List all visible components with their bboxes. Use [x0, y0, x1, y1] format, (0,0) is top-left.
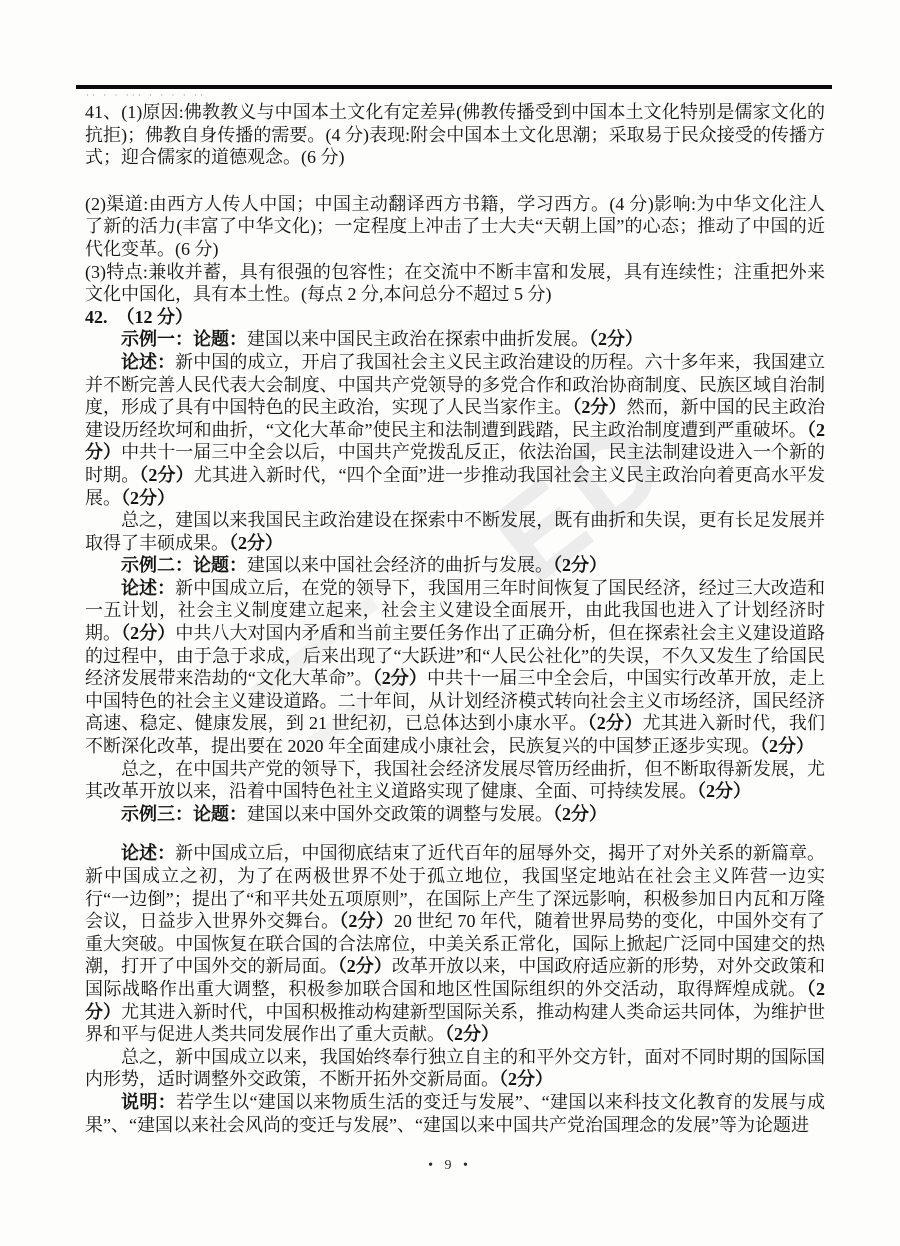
paragraph-q41-part3: (3)特点:兼收并蓄，具有很强的包容性；在交流中不断丰富和发展，具有连续性；注重… — [85, 261, 825, 306]
bold-text-run: （2分） — [588, 713, 643, 733]
paragraph-example3-summary: 总之，新中国成立以来，我国始终奉行独立自主的和平外交方针，面对不同时期的国际国内… — [85, 1046, 825, 1091]
bold-text-run: （2分） — [589, 329, 643, 349]
bold-text-run: （2分） — [553, 555, 607, 575]
text-run: 建国以来中国社会经济的曲折与发展。 — [247, 555, 553, 575]
paragraph-example2-summary: 总之，在中国共产党的领导下，我国社会经济发展尽管历经曲折，但不断取得新发展，尤其… — [85, 758, 825, 803]
bold-text-run: （2分） — [572, 397, 626, 417]
scan-artifact-dashes: ·· · · ··· · · · · ·· — [86, 90, 206, 100]
bold-text-run: 论述： — [121, 843, 175, 863]
bold-text-run: （2分） — [445, 1024, 499, 1044]
text-run: (3)特点:兼收并蓄，具有很强的包容性；在交流中不断丰富和发展，具有连续性；注重… — [85, 262, 825, 305]
paragraph-note: 说明：若学生以“建国以来物质生活的变迁与发展”、“建国以来科技文化教育的发展与成… — [85, 1091, 825, 1136]
bold-text-run: （2分） — [339, 911, 394, 931]
bold-text-run: 示例一：论题： — [121, 329, 247, 349]
text-run: (2)渠道:由西方人传人中国；中国主动翻译西方书籍，学习西方。(4 分)影响:为… — [85, 194, 825, 259]
text-run: 尤其进入新时代，“四个全面”进一步推动我国社会主义民主政治向着更高水平发展。 — [85, 465, 825, 508]
page-number: • 9 • — [0, 1158, 900, 1174]
bold-text-run: （2分） — [121, 488, 175, 508]
text-run: 建国以来中国外交政策的调整与发展。 — [247, 804, 553, 824]
paragraph-example1-topic: 示例一：论题：建国以来中国民主政治在探索中曲折发展。（2分） — [85, 328, 825, 351]
bold-text-run: （2分） — [121, 623, 175, 643]
bold-text-run: 42. （12 分） — [85, 307, 193, 327]
paragraph-q41-part2: (2)渠道:由西方人传人中国；中国主动翻译西方书籍，学习西方。(4 分)影响:为… — [85, 193, 825, 261]
bold-text-run: （2分） — [229, 533, 283, 553]
document-body: 41、(1)原因:佛教教义与中国本土文化有定差异(佛教传播受到中国本土文化特别是… — [85, 101, 825, 1136]
paragraph-example1-discussion: 论述：新中国的成立，开启了我国社会主义民主政治建设的历程。六十多年来，我国建立并… — [85, 351, 825, 509]
bold-text-run: 论述： — [121, 578, 175, 598]
paragraph-example2-topic: 示例二：论题：建国以来中国社会经济的曲折与发展。（2分） — [85, 554, 825, 577]
text-run: 若学生以“建国以来物质生活的变迁与发展”、“建国以来科技文化教育的发展与成果”、… — [85, 1092, 825, 1135]
bold-text-run: （2分） — [760, 736, 814, 756]
bold-text-run: 示例三：论题： — [121, 804, 247, 824]
paragraph-example2-discussion: 论述：新中国成立后，在党的领导下，我国用三年时间恢复了国民经济，经过三大改造和一… — [85, 577, 825, 758]
bold-text-run: （2分） — [697, 781, 751, 801]
paragraph-q41-part1: 41、(1)原因:佛教教义与中国本土文化有定差异(佛教传播受到中国本土文化特别是… — [85, 101, 825, 169]
bold-text-run: （2分） — [338, 956, 392, 976]
paragraph-example3-discussion: 论述：新中国成立后，中国彻底结束了近代百年的屈辱外交，揭开了对外关系的新篇章。新… — [85, 842, 825, 1045]
bold-text-run: 说明： — [121, 1092, 176, 1112]
bold-text-run: 论述： — [121, 352, 175, 372]
text-run: 总之，新中国成立以来，我国始终奉行独立自主的和平外交方针，面对不同时期的国际国内… — [85, 1047, 825, 1090]
text-run: 总之，建国以来我国民主政治建设在探索中不断发展，既有曲折和失误，更有长足发展并取… — [85, 510, 825, 553]
bold-text-run: （2分） — [139, 465, 193, 485]
bold-text-run: （2分） — [499, 1069, 553, 1089]
bold-text-run: （2分） — [553, 804, 607, 824]
paragraph-example3-topic: 示例三：论题：建国以来中国外交政策的调整与发展。（2分） — [85, 803, 825, 826]
text-run: 41、(1)原因:佛教教义与中国本土文化有定差异(佛教传播受到中国本土文化特别是… — [85, 102, 825, 167]
scanned-document-page: ·· · · ··· · · · · ·· ED 41、(1)原因:佛教教义与中… — [0, 0, 900, 1246]
paragraph-q42-heading: 42. （12 分） — [85, 306, 825, 329]
bold-text-run: （2分） — [373, 668, 427, 688]
top-horizontal-rule — [76, 85, 832, 89]
text-run: 建国以来中国民主政治在探索中曲折发展。 — [247, 329, 589, 349]
bold-text-run: 示例二：论题： — [121, 555, 247, 575]
paragraph-example1-summary: 总之，建国以来我国民主政治建设在探索中不断发展，既有曲折和失误，更有长足发展并取… — [85, 509, 825, 554]
